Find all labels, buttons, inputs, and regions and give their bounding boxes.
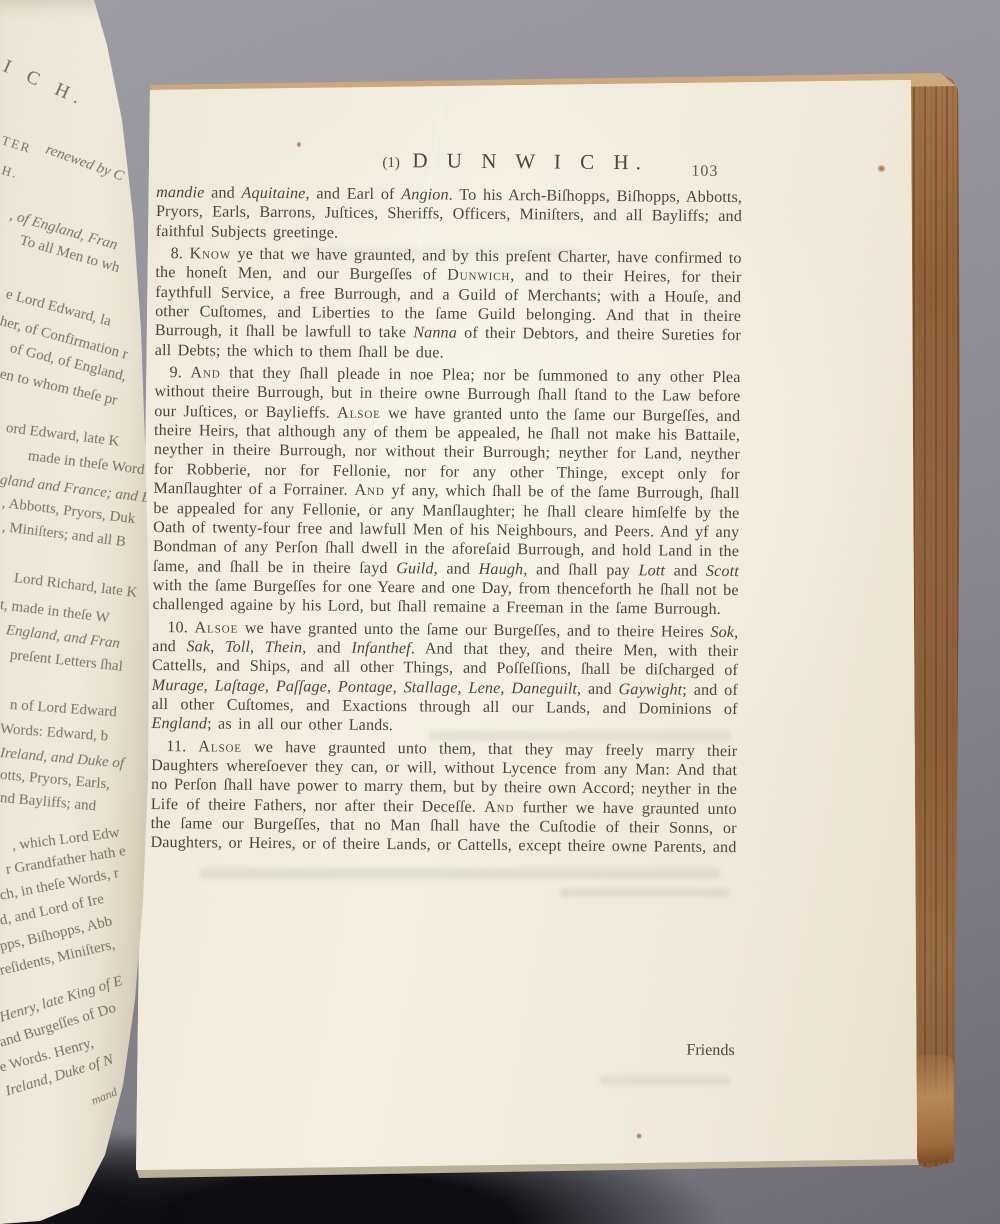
charter-paragraph-8: 8. Know ye that we have graunted, and by… <box>155 244 742 365</box>
charter-body-text: mandie and Aquitaine, and Earl of Angion… <box>150 183 742 861</box>
left-page-text-fragment: mand <box>89 1085 119 1109</box>
left-page-text-fragment: renewed by C <box>43 142 126 186</box>
page-title: D U N W I C H. <box>412 148 648 175</box>
catchword: Friends <box>149 1037 735 1060</box>
charter-paragraph-9: 9. And that they ſhall pleade in noe Ple… <box>152 363 740 620</box>
left-page-text-fragment: H. <box>0 162 20 182</box>
left-page-text-fragment: TER <box>0 132 34 157</box>
left-page-text-fragment: I C H. <box>0 56 90 112</box>
book-photograph: (1) D U N W I C H. 103 mandie and Aquita… <box>0 0 1000 1224</box>
left-page-text-fragment: nd Bayliffs; and <box>0 790 97 815</box>
charter-paragraph-continuation: mandie and Aquitaine, and Earl of Angion… <box>156 183 742 246</box>
left-page-text-fragment: Words: Edward, b <box>0 721 109 746</box>
charter-paragraph-10: 10. Alsoe we have granted unto the ſame … <box>151 618 738 739</box>
right-page-content: (1) D U N W I C H. 103 mandie and Aquita… <box>0 0 1000 1224</box>
left-page-text-fragment: Lord Richard, late K <box>13 570 138 602</box>
charter-paragraph-11: 11. Alsoe we have graunted unto them, th… <box>150 737 737 858</box>
page-number: 103 <box>691 163 718 181</box>
left-page-text-fragment: made in theſe Word <box>27 448 145 479</box>
left-page-text-fragment: otts, Pryors, Earls, <box>0 767 111 794</box>
left-page-text-fragment: ord Edward, late K <box>5 420 120 451</box>
left-page-text-fragment: n of Lord Edward <box>9 697 117 721</box>
signature-mark: (1) <box>382 155 400 172</box>
